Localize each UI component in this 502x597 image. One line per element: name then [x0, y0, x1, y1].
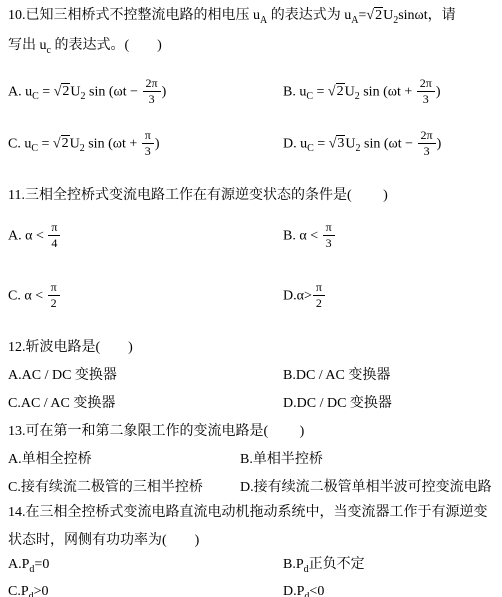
- radical-sign: √: [328, 84, 336, 99]
- option-text: 单相全控桥: [22, 452, 92, 467]
- option-label: B.: [283, 84, 299, 99]
- equals-sign: =: [314, 136, 329, 151]
- alpha-var: α: [25, 228, 36, 243]
- sin-function: sin (ωt: [86, 84, 131, 99]
- option-text: AC / AC 变换器: [21, 396, 116, 411]
- option-label: C.: [8, 584, 21, 597]
- alpha-var: α: [299, 228, 310, 243]
- q12-option-d: D.DC / DC 变换器: [283, 394, 392, 414]
- option-label: D.: [283, 584, 297, 597]
- option-text: 单相半控桥: [253, 452, 323, 467]
- fraction-numerator: π: [313, 281, 325, 296]
- radical-argument: 2: [336, 83, 345, 99]
- subscript-c: C: [307, 143, 314, 154]
- relation-sign: <: [35, 288, 46, 303]
- option-label: B.: [283, 557, 296, 572]
- q10-stem2-text: 写出 u: [8, 38, 47, 53]
- option-text: <0: [309, 584, 324, 597]
- q10-stem-text: 10.已知三相桥式不控整流电路的相电压 u: [8, 8, 260, 23]
- q14-stem-line1: 14.在三相全控桥式变流电路直流电动机拖动系统中，当变流器工作于有源逆变: [8, 503, 488, 523]
- fraction-denominator: 3: [323, 236, 335, 250]
- relation-sign: >: [304, 288, 312, 303]
- q10-stem-tail: sinωt，请: [398, 8, 455, 23]
- option-text: DC / AC 变换器: [296, 368, 391, 383]
- option-label: C.: [8, 288, 24, 303]
- q10-stem-line2: 写出 uc 的表达式。( ): [8, 36, 162, 56]
- relation-sign: <: [36, 228, 47, 243]
- exam-document-page: 10.已知三相桥式不控整流电路的相电压 uA 的表达式为 uA=√2U2sinω…: [0, 0, 502, 597]
- q14-option-b: B.Pd正负不定: [283, 555, 365, 575]
- q14-option-d: D.Pd<0: [283, 582, 324, 597]
- fraction: π3: [142, 129, 154, 157]
- operator: +: [404, 84, 415, 99]
- q10-option-d: D. uC = √3U2 sin (ωt − 2π3): [283, 130, 441, 158]
- option-label: C.: [8, 396, 21, 411]
- q10-option-c: C. uC = √2U2 sin (ωt + π3): [8, 130, 159, 158]
- q12-option-a: A.AC / DC 变换器: [8, 366, 117, 386]
- operator: +: [129, 136, 140, 151]
- q11-option-b: B. α < π3: [283, 222, 336, 250]
- q13-option-d: D.接有续流二极管单相半波可控变流电路: [240, 478, 492, 498]
- option-label: C.: [8, 136, 24, 151]
- radical-argument: 2: [374, 7, 383, 23]
- option-label: A.: [8, 557, 22, 572]
- fraction-numerator: 2π: [143, 77, 161, 92]
- option-text: =0: [34, 557, 49, 572]
- option-label: A.: [8, 368, 22, 383]
- q11-stem: 11.三相全控桥式变流电路工作在有源逆变状态的条件是( ): [8, 186, 388, 206]
- option-label: C.: [8, 480, 21, 495]
- q13-option-b: B.单相半控桥: [240, 450, 323, 470]
- radical-argument: 2: [61, 135, 70, 151]
- q14-option-c: C.Pd>0: [8, 582, 49, 597]
- math-base: U: [345, 84, 355, 99]
- q14-option-a: A.Pd=0: [8, 555, 49, 575]
- radical-sign: √: [53, 136, 61, 151]
- option-text: 接有续流二极管单相半波可控变流电路: [254, 480, 492, 495]
- q12-option-b: B.DC / AC 变换器: [283, 366, 390, 386]
- q13-option-c: C.接有续流二极管的三相半控桥: [8, 478, 203, 498]
- q10-stem-line1: 10.已知三相桥式不控整流电路的相电压 uA 的表达式为 uA=√2U2sinω…: [8, 6, 456, 26]
- sin-function: sin (ωt: [361, 136, 406, 151]
- fraction-denominator: 3: [418, 144, 436, 158]
- q11-option-d: D.α>π2: [283, 282, 326, 310]
- fraction-denominator: 3: [417, 92, 435, 106]
- math-base: P: [296, 557, 304, 572]
- math-base: U: [70, 136, 80, 151]
- radical-sign: √: [366, 8, 374, 23]
- q10-option-b: B. uC = √2U2 sin (ωt + 2π3): [283, 78, 440, 106]
- fraction-numerator: 2π: [417, 77, 435, 92]
- fraction-denominator: 3: [142, 144, 154, 158]
- option-label: A.: [8, 452, 22, 467]
- fraction-numerator: π: [323, 221, 335, 236]
- option-text: 正负不定: [309, 557, 365, 572]
- math-base: P: [21, 584, 29, 597]
- option-text: DC / DC 变换器: [297, 396, 392, 411]
- option-label: D.: [283, 396, 297, 411]
- close-paren: ): [155, 136, 160, 151]
- option-label: B.: [283, 368, 296, 383]
- option-label: A.: [8, 228, 25, 243]
- alpha-var: α: [24, 288, 35, 303]
- operator: −: [130, 84, 141, 99]
- close-paren: ): [162, 84, 167, 99]
- q10-stem2-tail: 的表达式。( ): [51, 38, 162, 53]
- fraction-numerator: 2π: [418, 129, 436, 144]
- alpha-var: α: [297, 288, 304, 303]
- fraction-denominator: 2: [313, 296, 325, 310]
- fraction-denominator: 4: [48, 236, 60, 250]
- q13-option-a: A.单相全控桥: [8, 450, 92, 470]
- subscript-c: C: [306, 91, 313, 102]
- fraction: π3: [323, 221, 335, 249]
- fraction-denominator: 3: [143, 92, 161, 106]
- q12-stem: 12.斩波电路是( ): [8, 338, 133, 358]
- subscript-c: C: [31, 143, 38, 154]
- fraction-numerator: π: [142, 129, 154, 144]
- option-label: A.: [8, 84, 25, 99]
- option-text: AC / DC 变换器: [22, 368, 117, 383]
- q11-option-a: A. α < π4: [8, 222, 61, 250]
- option-label: D.: [283, 136, 300, 151]
- equals-sign: =: [39, 84, 54, 99]
- fraction-denominator: 2: [48, 296, 60, 310]
- relation-sign: <: [310, 228, 321, 243]
- q10-option-a: A. uC = √2U2 sin (ωt − 2π3): [8, 78, 166, 106]
- close-paren: ): [437, 136, 442, 151]
- fraction-numerator: π: [48, 281, 60, 296]
- math-base: U: [383, 8, 393, 23]
- option-text: >0: [34, 584, 49, 597]
- q14-stem-line2: 状态时，网侧有功功率为( ): [8, 531, 199, 551]
- option-text: 接有续流二极管的三相半控桥: [21, 480, 203, 495]
- q10-stem-mid: 的表达式为 u: [267, 8, 351, 23]
- fraction: π2: [48, 281, 60, 309]
- math-base: U: [345, 136, 355, 151]
- option-label: D.: [240, 480, 254, 495]
- option-label: B.: [283, 228, 299, 243]
- equals-sign: =: [313, 84, 328, 99]
- sin-function: sin (ωt: [85, 136, 130, 151]
- math-base: U: [70, 84, 80, 99]
- close-paren: ): [436, 84, 441, 99]
- equals-sign: =: [38, 136, 53, 151]
- option-label: B.: [240, 452, 253, 467]
- fraction: 2π3: [143, 77, 161, 105]
- operator: −: [405, 136, 416, 151]
- fraction: π2: [313, 281, 325, 309]
- option-label: D.: [283, 288, 297, 303]
- fraction-numerator: π: [48, 221, 60, 236]
- q11-option-c: C. α < π2: [8, 282, 61, 310]
- sin-function: sin (ωt: [360, 84, 405, 99]
- q13-stem: 13.可在第一和第二象限工作的变流电路是( ): [8, 422, 304, 442]
- q12-option-c: C.AC / AC 变换器: [8, 394, 115, 414]
- fraction: 2π3: [417, 77, 435, 105]
- fraction: π4: [48, 221, 60, 249]
- subscript-c: C: [32, 91, 39, 102]
- fraction: 2π3: [418, 129, 436, 157]
